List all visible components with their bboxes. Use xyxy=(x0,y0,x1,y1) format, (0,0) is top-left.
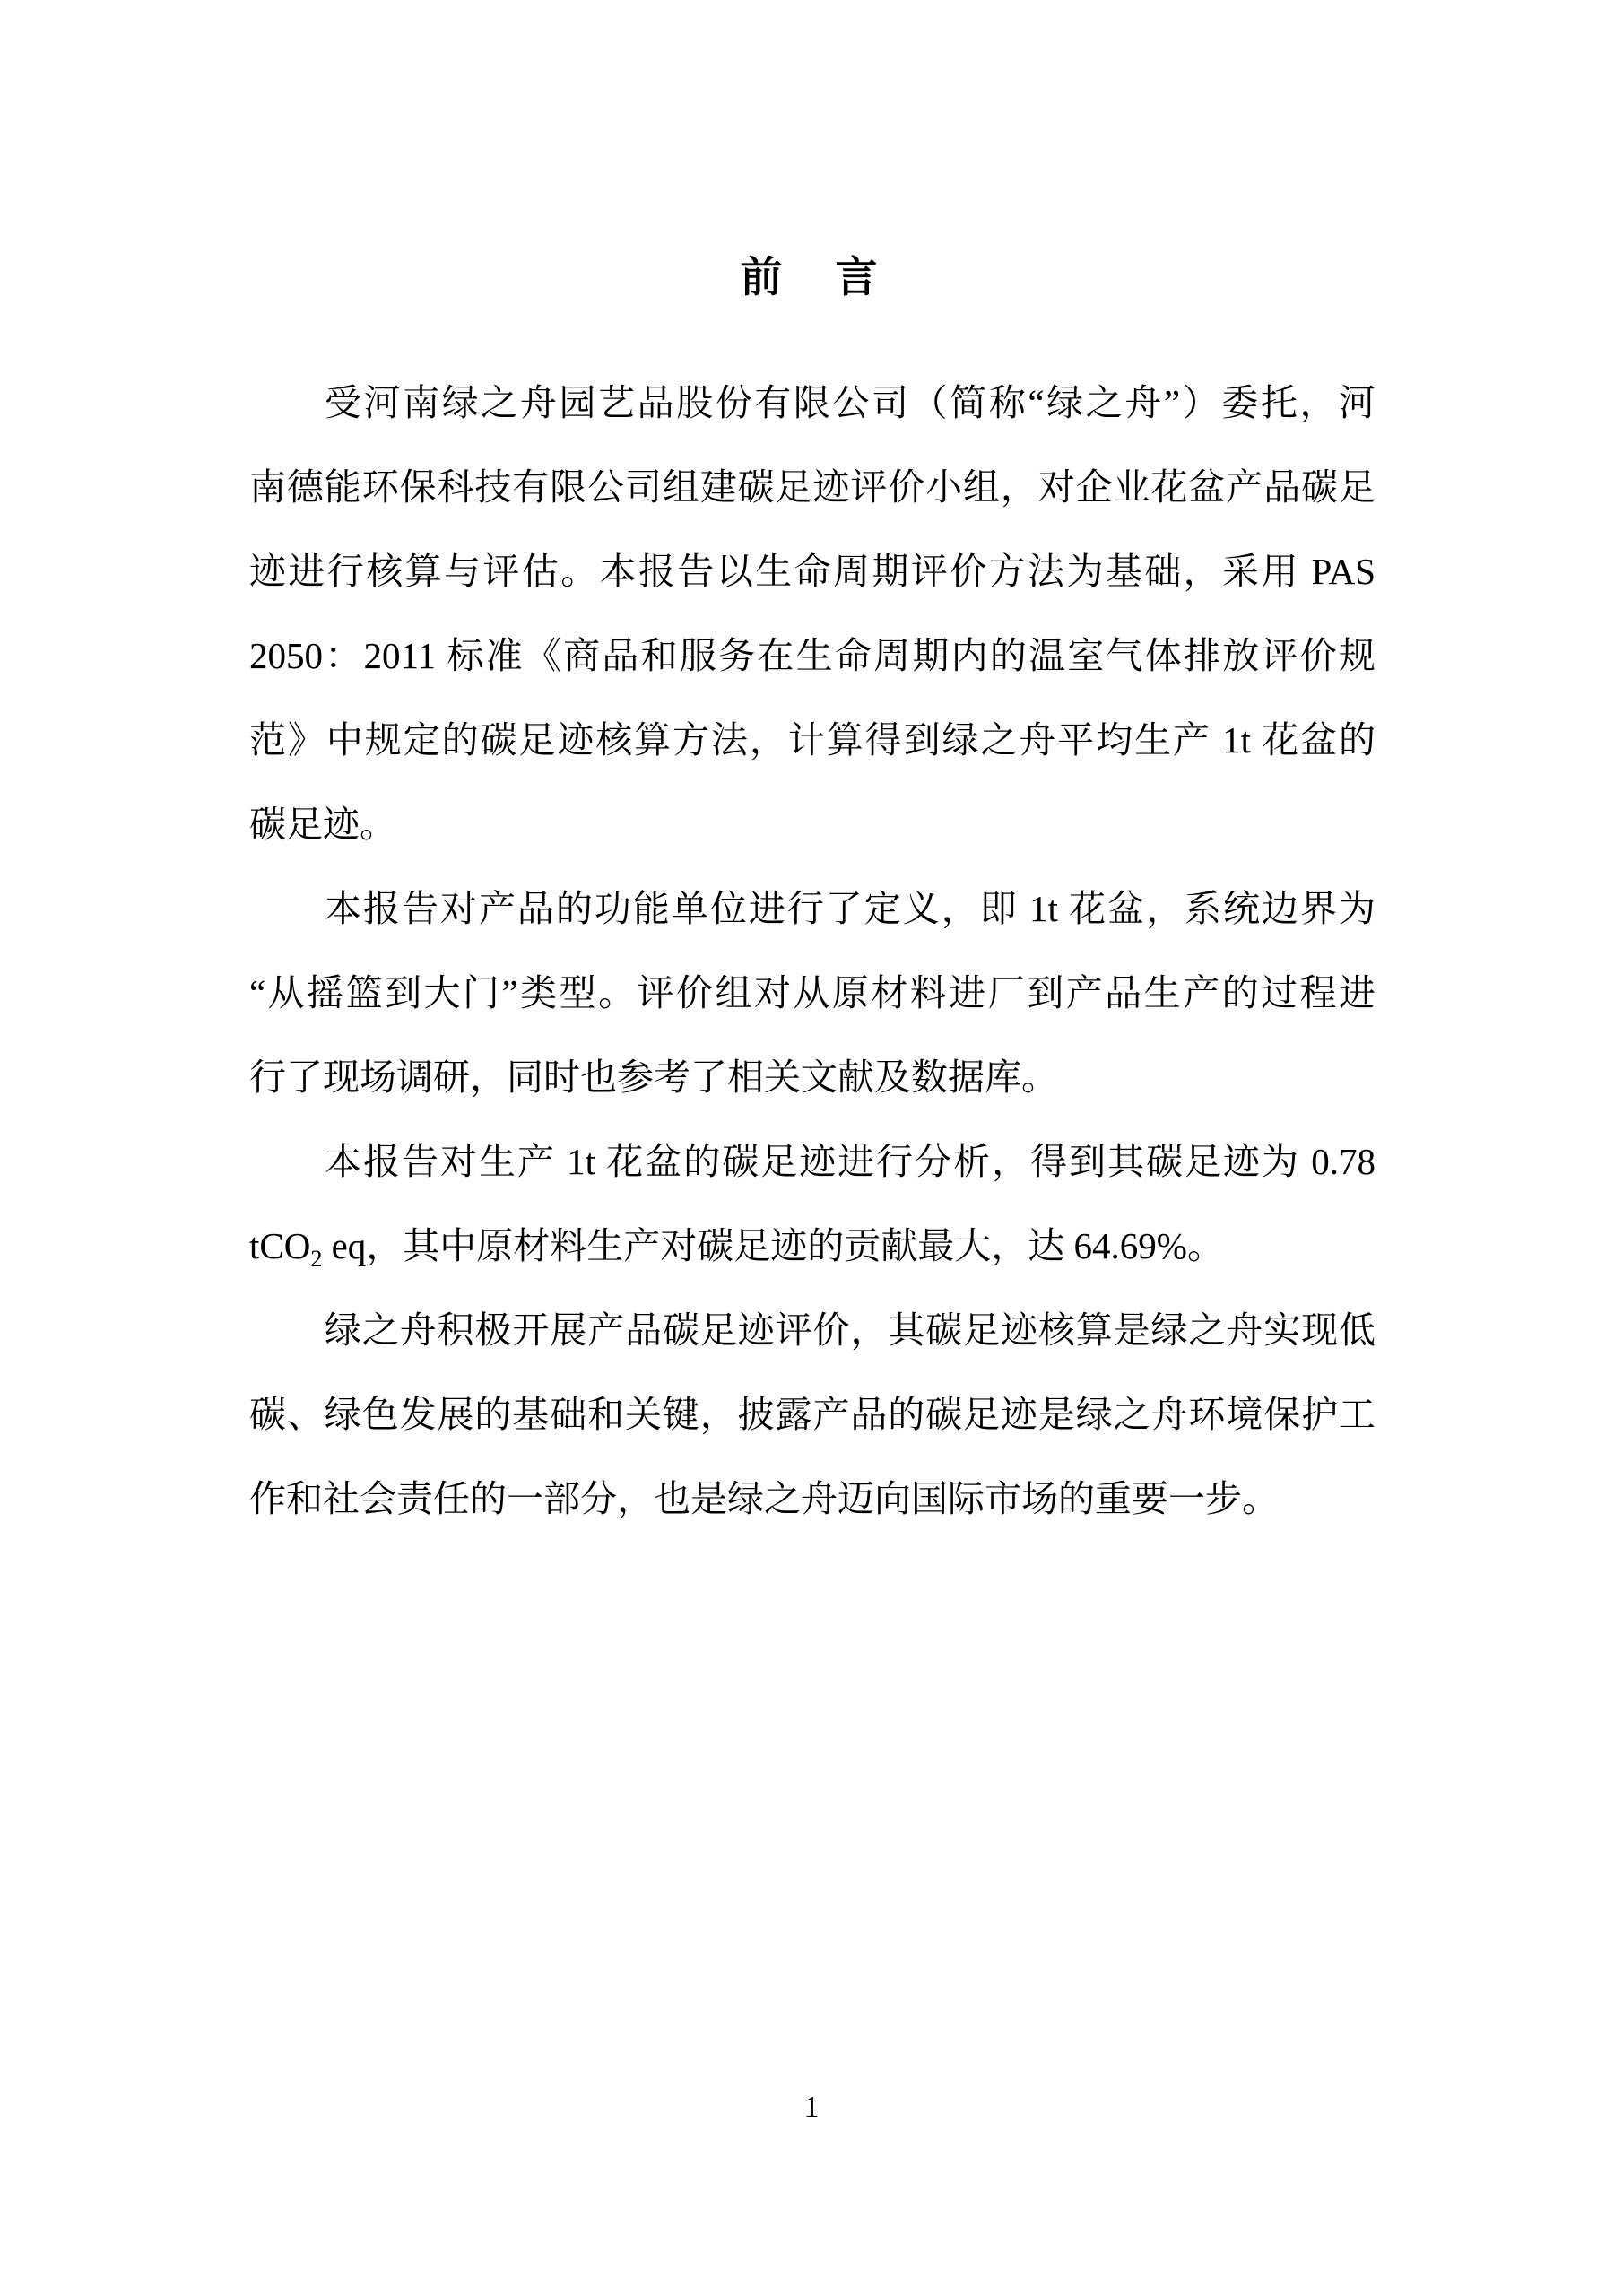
text-line: 本报告对产品的功能单位进行了定义，即 1t 花盆，系统边界为 xyxy=(249,866,1376,951)
text-line: “从摇篮到大门”类型。评价组对从原材料进厂到产品生产的过程进 xyxy=(249,951,1376,1035)
co2-subscript: 2 xyxy=(310,1246,322,1272)
text-line: 南德能环保科技有限公司组建碳足迹评价小组，对企业花盆产品碳足 xyxy=(249,445,1376,529)
paragraph-1: 受河南绿之舟园艺品股份有限公司（简称“绿之舟”）委托，河 南德能环保科技有限公司… xyxy=(249,361,1376,866)
page-number: 1 xyxy=(0,2090,1623,2126)
text-line: 作和社会责任的一部分，也是绿之舟迈向国际市场的重要一步。 xyxy=(249,1457,1376,1541)
paragraph-3: 本报告对生产 1t 花盆的碳足迹进行分析，得到其碳足迹为 0.78 tCO2 e… xyxy=(249,1119,1376,1288)
line-remainder: eq，其中原材料生产对碳足迹的贡献最大，达 64.69%。 xyxy=(322,1225,1224,1266)
text-line: 绿之舟积极开展产品碳足迹评价，其碳足迹核算是绿之舟实现低 xyxy=(249,1288,1376,1372)
unit-prefix: tCO xyxy=(249,1225,310,1266)
text-line: 行了现场调研，同时也参考了相关文献及数据库。 xyxy=(249,1035,1376,1119)
text-line: 范》中规定的碳足迹核算方法，计算得到绿之舟平均生产 1t 花盆的 xyxy=(249,698,1376,782)
text-line: 受河南绿之舟园艺品股份有限公司（简称“绿之舟”）委托，河 xyxy=(249,361,1376,445)
text-line: 迹进行核算与评估。本报告以生命周期评价方法为基础，采用 PAS xyxy=(249,529,1376,613)
page-title: 前 言 xyxy=(0,236,1623,320)
text-line: tCO2 eq，其中原材料生产对碳足迹的贡献最大，达 64.69%。 xyxy=(249,1204,1376,1288)
text-line: 碳、绿色发展的基础和关键，披露产品的碳足迹是绿之舟环境保护工 xyxy=(249,1372,1376,1457)
text-line: 本报告对生产 1t 花盆的碳足迹进行分析，得到其碳足迹为 0.78 xyxy=(249,1119,1376,1204)
paragraph-4: 绿之舟积极开展产品碳足迹评价，其碳足迹核算是绿之舟实现低 碳、绿色发展的基础和关… xyxy=(249,1288,1376,1541)
paragraph-2: 本报告对产品的功能单位进行了定义，即 1t 花盆，系统边界为 “从摇篮到大门”类… xyxy=(249,866,1376,1119)
text-line: 2050：2011 标准《商品和服务在生命周期内的温室气体排放评价规 xyxy=(249,613,1376,698)
document-page: 前 言 受河南绿之舟园艺品股份有限公司（简称“绿之舟”）委托，河 南德能环保科技… xyxy=(0,0,1623,2296)
body-text: 受河南绿之舟园艺品股份有限公司（简称“绿之舟”）委托，河 南德能环保科技有限公司… xyxy=(249,361,1376,1541)
text-line: 碳足迹。 xyxy=(249,782,1376,866)
